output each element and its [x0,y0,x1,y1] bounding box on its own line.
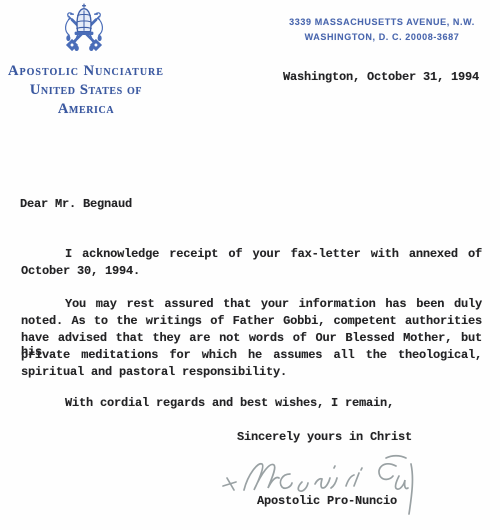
org-name: Apostolic Nunciature [0,62,172,81]
closing-line: Sincerely yours in Christ [237,430,412,444]
dateline: Washington, October 31, 1994 [283,70,479,84]
address-line-2: WASHINGTON, D. C. 20008-3687 [286,30,478,45]
body-line: With cordial regards and best wishes, I … [21,396,482,410]
org-country: United States of America [0,81,172,119]
letterhead-address: 3339 MASSACHUSETTS AVENUE, N.W. WASHINGT… [286,15,478,45]
papal-crest-icon [61,3,107,53]
body-line: You may rest assured that your informati… [21,297,482,311]
body-line: I acknowledge receipt of your fax-letter… [21,247,482,261]
letter-document: Apostolic Nunciature United States of Am… [0,0,500,530]
address-line-1: 3339 MASSACHUSETTS AVENUE, N.W. [286,15,478,30]
body-line: spiritual and pastoral responsibility. [21,365,482,379]
salutation: Dear Mr. Begnaud [20,197,132,211]
body-line: October 30, 1994. [21,264,482,278]
letterhead-org: Apostolic Nunciature United States of Am… [0,62,172,119]
body-line: noted. As to the writings of Father Gobb… [21,314,482,328]
body-line: private meditations for which he assumes… [21,348,482,362]
signature-title: Apostolic Pro-Nuncio [257,494,397,508]
